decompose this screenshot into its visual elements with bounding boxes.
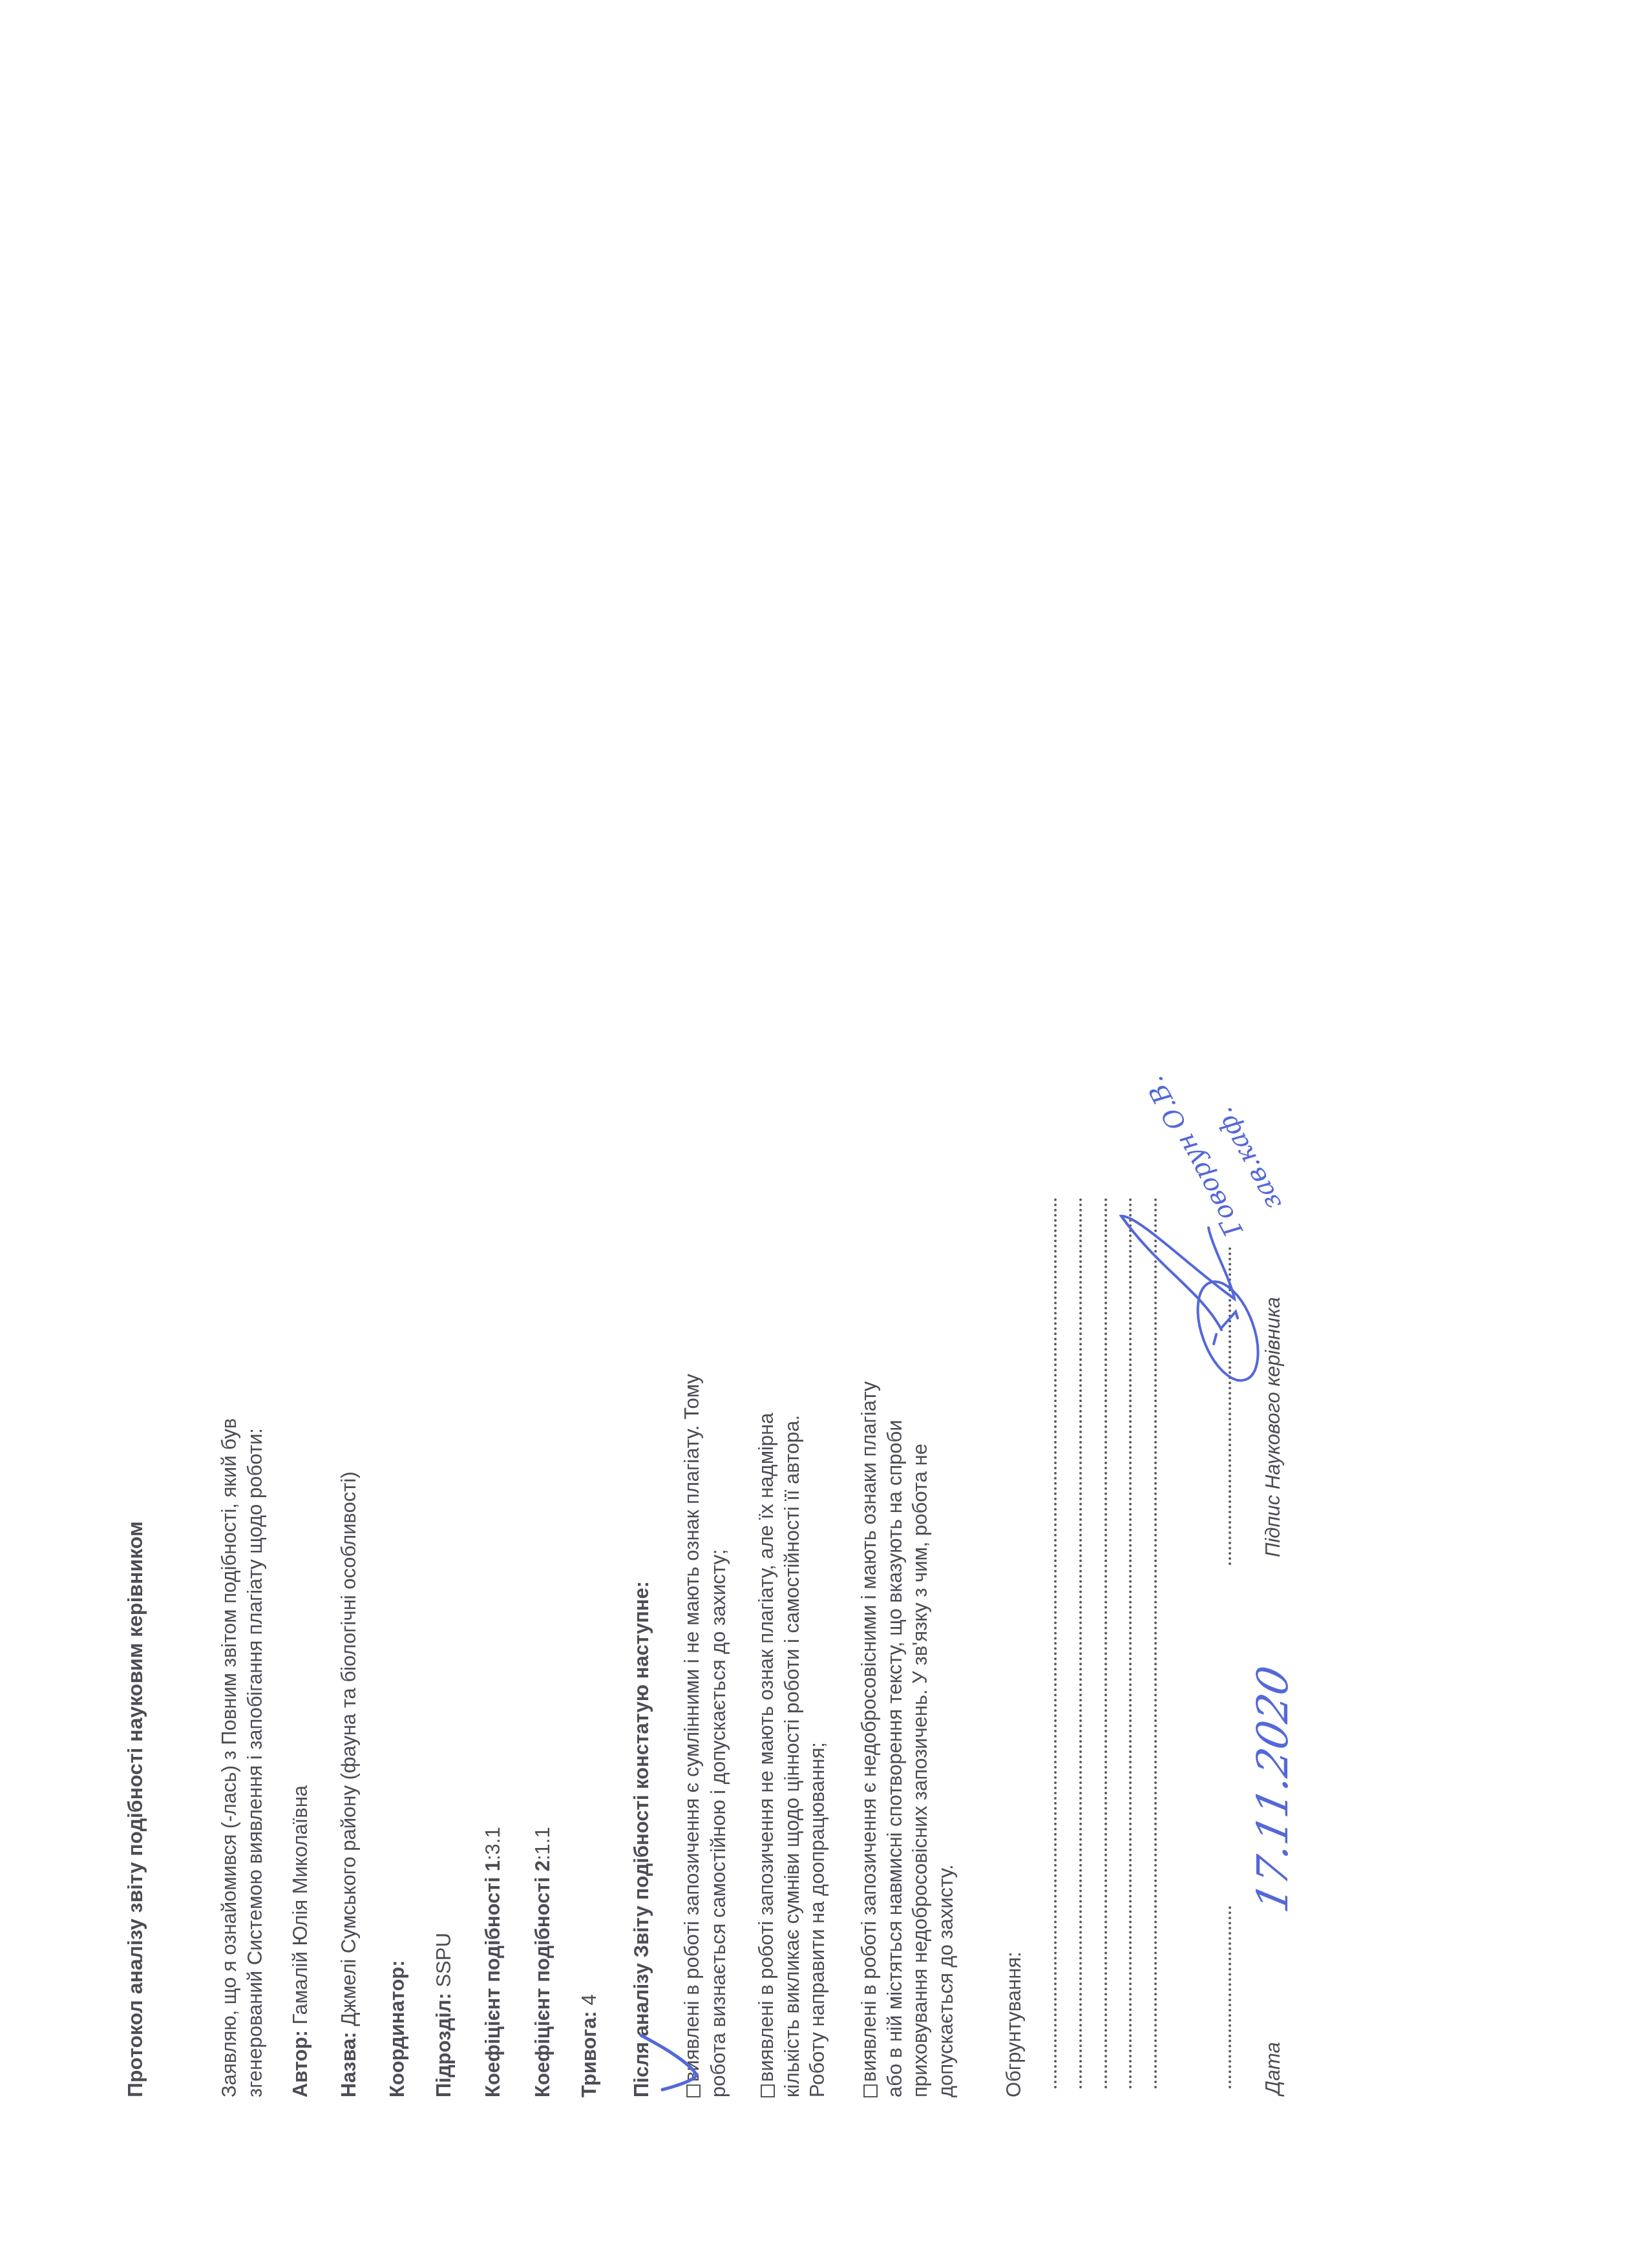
unit-value: SSPU: [432, 1933, 455, 1987]
author-field: Автор: Гамалій Юлія Миколаївна: [288, 1785, 313, 2097]
justification-line-2[interactable]: [1079, 1197, 1082, 2088]
coefficient-1-label: Коефіцієнт подібності 1: [481, 1860, 504, 2097]
name-label: Назва:: [337, 2032, 360, 2097]
name-value: Джмелі Сумського району (фауна та біолог…: [337, 1471, 360, 2026]
coefficient-1-field: Коефіцієнт подібності 1:3.1: [480, 1827, 506, 2097]
document-title: Протокол аналізу звіту подібності науков…: [122, 1521, 148, 2097]
option-1-line-1: виявлені в роботі запозичення є сумлінни…: [681, 1374, 703, 2082]
alarm-value: 4: [578, 1994, 600, 2005]
coefficient-1-value: :3.1: [481, 1827, 504, 1860]
coordinator-field: Координатор:: [385, 1960, 410, 2097]
coordinator-label: Координатор:: [386, 1960, 408, 2097]
author-value: Гамалій Юлія Миколаївна: [289, 1785, 312, 2024]
option-3: виявлені в роботі запозичення є недоброс…: [856, 1381, 882, 2097]
coefficient-2-field: Коефіцієнт подібності 2:1.1: [530, 1827, 556, 2097]
coefficient-2-value: :1.1: [531, 1827, 554, 1860]
option-1-line-2: робота визнається самостійною і допускає…: [706, 1549, 732, 2097]
date-line[interactable]: [1229, 1906, 1231, 2088]
coefficient-2-label: Коефіцієнт подібності 2: [531, 1860, 554, 2097]
option-2-checkbox[interactable]: [761, 2084, 775, 2097]
option-2: виявлені в роботі запозичення не мають о…: [754, 1413, 779, 2097]
unit-label: Підрозділ:: [432, 1993, 455, 2097]
option-3-line-3: приховування недобросовісних запозичень.…: [907, 1444, 933, 2097]
title-field: Назва: Джмелі Сумського району (фауна та…: [336, 1471, 362, 2097]
justification-line-3[interactable]: [1104, 1197, 1107, 2088]
option-2-line-1: виявлені в роботі запозичення не мають о…: [755, 1413, 777, 2082]
option-3-line-2: або в ній містяться навмисні спотворення…: [882, 1420, 908, 2097]
author-label: Автор:: [289, 2030, 312, 2097]
unit-field: Підрозділ: SSPU: [431, 1933, 457, 2097]
justification-line-1[interactable]: [1054, 1197, 1057, 2088]
protocol-page: Протокол аналізу звіту подібності науков…: [0, 0, 1648, 2268]
date-label: Дата: [1260, 2042, 1286, 2095]
justification-line-4[interactable]: [1129, 1197, 1132, 2088]
option-2-line-3: Роботу направити на доопрацювання;: [805, 1742, 830, 2097]
signature-line[interactable]: [1229, 1247, 1231, 1565]
justification-line-5[interactable]: [1154, 1197, 1157, 2088]
option-1: виявлені в роботі запозичення є сумлінни…: [679, 1374, 705, 2097]
conclusion-heading: Після аналізу Звіту подібності констатую…: [629, 1581, 655, 2097]
justification-label: Обгрунтування:: [1001, 1951, 1027, 2097]
declaration-line-1: Заявляю, що я ознайомився (-лась) з Повн…: [217, 1418, 242, 2097]
option-3-line-4: допускається до захисту.: [933, 1864, 959, 2097]
signature-label: Підпис Наукового керівника: [1260, 1297, 1286, 1557]
option-3-line-1: виявлені в роботі запозичення є недоброс…: [858, 1381, 880, 2082]
handwritten-date: 17.11.2020: [1251, 1663, 1296, 1916]
option-1-checkbox[interactable]: [686, 2084, 701, 2097]
option-3-checkbox[interactable]: [863, 2084, 878, 2097]
alarm-field: Тривога: 4: [576, 1994, 602, 2097]
declaration-line-2: згенерований Системою виявлення і запобі…: [242, 1428, 268, 2097]
option-2-line-2: кількість викликає сумніви щодо цінності…: [779, 1415, 805, 2097]
alarm-label: Тривога:: [578, 2011, 600, 2097]
